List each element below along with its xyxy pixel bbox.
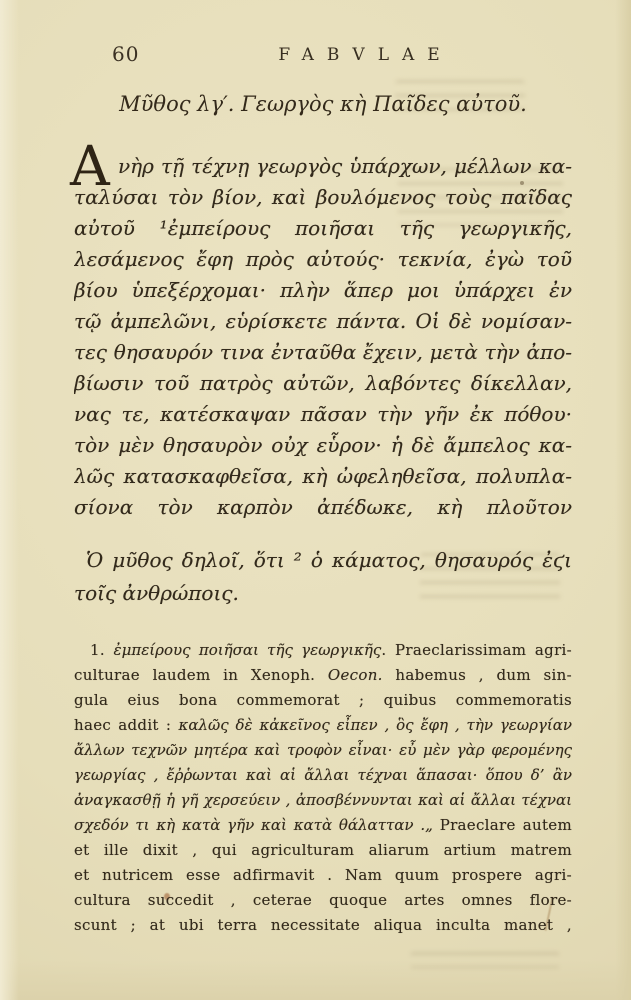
footnote-line: ἀναγκασθῇ ἡ γῆ χερσεύειν , ἀποσβέννυνται… — [74, 788, 572, 813]
showthrough-smudge — [410, 952, 560, 968]
fable-line: λεσάμενος ἔφη πρὸς αὐτούς· τεκνία, ἐγὼ τ… — [74, 244, 572, 275]
book-page-scan: 60 FABVLAE Μῦθος λγ′. Γεωργὸς κὴ Παῖδες … — [0, 0, 631, 1000]
footnote-line: haec addit : καλῶς δὲ κἀκεῖνος εἶπεν , ὃ… — [74, 713, 572, 738]
footnote-line: γεωργίας , ἔῤῥωνται καὶ αἱ ἄλλαι τέχναι … — [74, 763, 572, 788]
moral-line: Ὁ μῦθος δηλοῖ, ὅτι ² ὁ κάματος, θησαυρός… — [74, 544, 572, 577]
fable-line: νας τε, κατέσκαψαν πᾶσαν τὴν γῆν ἐκ πόθο… — [74, 399, 572, 430]
moral-line: τοῖς ἀνθρώποις. — [74, 577, 572, 610]
fable-line: τῷ ἀμπελῶνι, εὑρίσκετε πάντα. Οἱ δὲ νομί… — [74, 306, 572, 337]
fable-line: τες θησαυρόν τινα ἐνταῦθα ἔχειν, μετὰ τὴ… — [74, 337, 572, 368]
footnote-line: ἄλλων τεχνῶν μητέρα καὶ τροφὸν εἶναι· εὖ… — [74, 738, 572, 763]
footnote-line: et nutricem esse adfirmavit . Nam quum p… — [74, 863, 572, 888]
footnote-line: 1. ἐμπείρους ποιῆσαι τῆς γεωργικῆς. Prae… — [74, 638, 572, 663]
fable-line: ταλύσαι τὸν βίον, καὶ βουλόμενος τοὺς πα… — [74, 182, 572, 213]
moral-text: Ὁ μῦθος δηλοῖ, ὅτι ² ὁ κάματος, θησαυρός… — [74, 544, 572, 610]
running-header: FABVLAE — [0, 45, 631, 65]
fable-line: βίωσιν τοῦ πατρὸς αὐτῶν, λαβόντες δίκελλ… — [74, 368, 572, 399]
fable-line: νὴρ τῇ τέχνῃ γεωργὸς ὑπάρχων, μέλλων κα- — [74, 151, 572, 182]
fable-line: τὸν μὲν θησαυρὸν οὐχ εὗρον· ἡ δὲ ἄμπελος… — [74, 430, 572, 461]
fable-line: βίου ὑπεξέρχομαι· πλὴν ἅπερ μοι ὑπάρχει … — [74, 275, 572, 306]
fable-line: σίονα τὸν καρπὸν ἀπέδωκε, κὴ πλοῦτον ἀνή… — [74, 492, 572, 523]
footnote-commentary: 1. ἐμπείρους ποιῆσαι τῆς γεωργικῆς. Prae… — [74, 638, 572, 938]
footnote-line: σχεδόν τι κὴ κατὰ γῆν καὶ κατὰ θάλατταν … — [74, 813, 572, 838]
fable-line: αὐτοῦ ¹ἐμπείρους ποιῆσαι τῆς γεωργικῆς, … — [74, 213, 572, 244]
fable-line: λῶς κατασκαφθεῖσα, κὴ ὠφεληθεῖσα, πολυπλ… — [74, 461, 572, 492]
fable-title: Μῦθος λγ′. Γεωργὸς κὴ Παῖδες αὐτοῦ. — [74, 92, 572, 116]
footnote-line: scunt ; at ubi terra necessitate aliqua … — [74, 913, 572, 938]
footnote-line: gula eius bona commemorat ; quibus comme… — [74, 688, 572, 713]
footnote-line: et ille dixit , qui agriculturam aliarum… — [74, 838, 572, 863]
footnote-line: cultura succedit , ceterae quoque artes … — [74, 888, 572, 913]
fable-text: νὴρ τῇ τέχνῃ γεωργὸς ὑπάρχων, μέλλων κα-… — [74, 151, 572, 523]
footnote-line: culturae laudem in Xenoph. Oecon. habemu… — [74, 663, 572, 688]
